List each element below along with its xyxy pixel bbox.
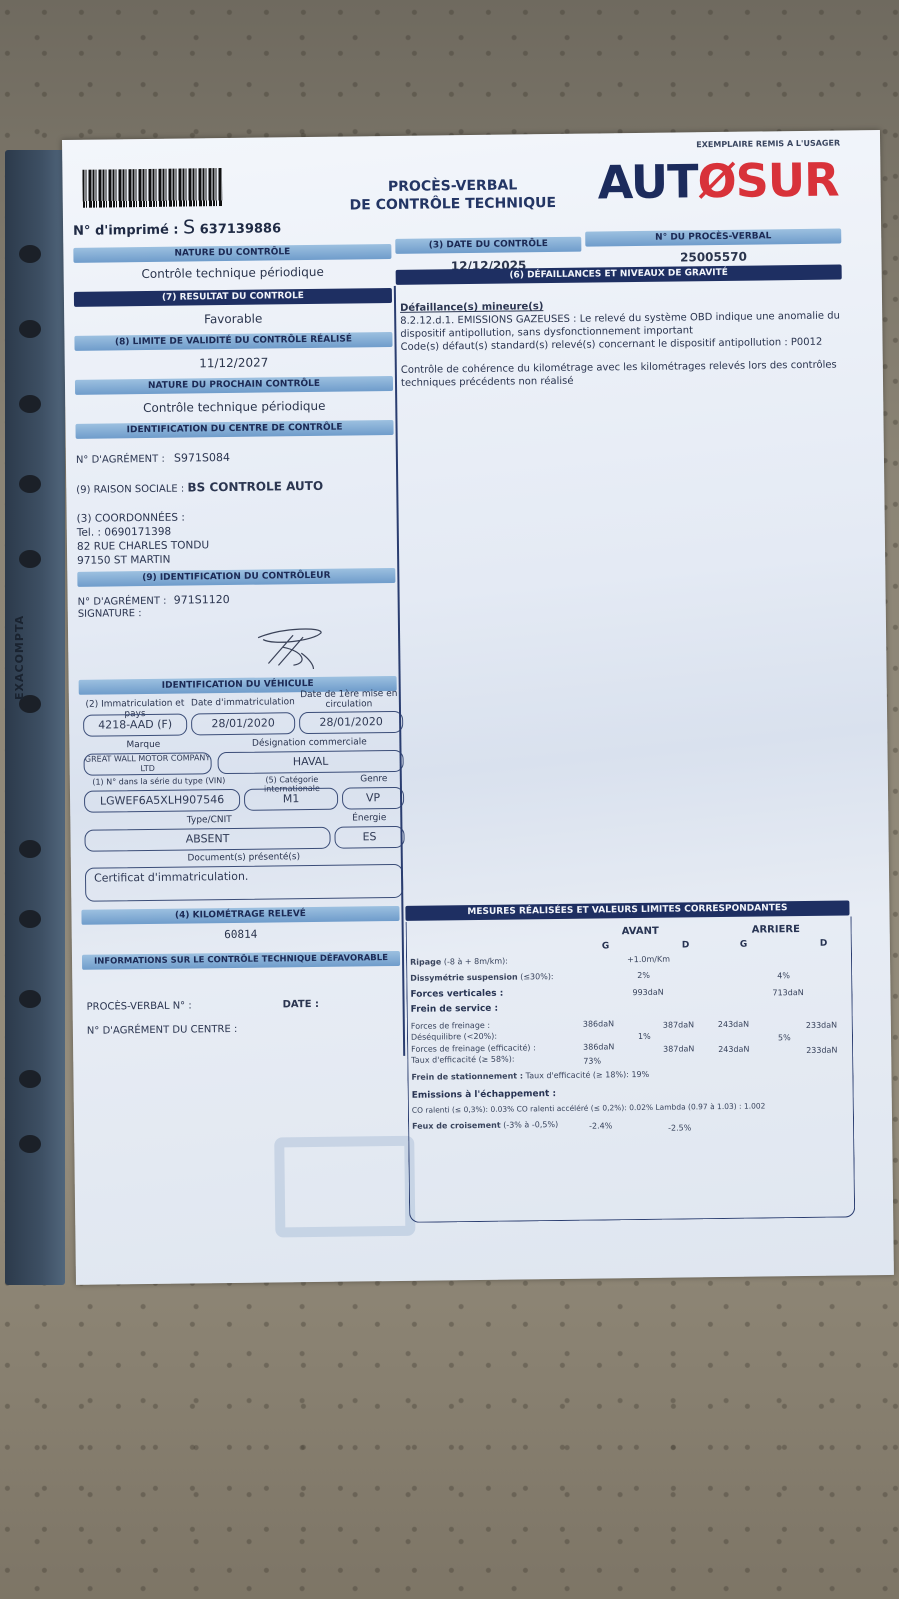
barcode [82, 168, 222, 208]
validity-header: (8) LIMITE DE VALIDITÉ DU CONTRÔLE RÉALI… [74, 332, 392, 351]
punch-hole [19, 475, 41, 493]
forces-verticales-arriere: 713daN [772, 988, 803, 997]
punch-hole [19, 990, 41, 1008]
pv-number-value: 25005570 [585, 248, 841, 265]
ripage-label: Ripage [410, 957, 441, 966]
next-control-header: NATURE DU PROCHAIN CONTRÔLE [75, 376, 393, 395]
genre-value: VP [342, 787, 404, 810]
designation-value: HAVAL [217, 750, 403, 774]
autosur-logo: AUTØSUR [597, 153, 839, 210]
inspection-report: N° d'imprimé : S 637139886 PROCÈS-VERBAL… [62, 130, 894, 1285]
defavorable-date-label: DATE : [283, 999, 320, 1010]
kilometrage-value: 60814 [82, 926, 400, 943]
controleur-agrement-label: N° D'AGRÉMENT : [78, 596, 167, 608]
forces-efficacite-ar-g: 243daN [718, 1045, 749, 1054]
centre-raison: (9) RAISON SOCIALE : BS CONTROLE AUTO [76, 479, 323, 496]
forces-verticales-avant: 993daN [632, 988, 663, 997]
next-control-value: Contrôle technique périodique [75, 398, 393, 416]
controleur-header: (9) IDENTIFICATION DU CONTRÔLEUR [77, 568, 395, 587]
dissymetrie-limit: (≤30%): [520, 972, 554, 981]
defavorable-agrement-label: N° D'AGRÉMENT DU CENTRE : [87, 1024, 238, 1037]
centre-address-line2: 97150 ST MARTIN [77, 552, 209, 568]
nature-header: NATURE DU CONTRÔLE [73, 244, 391, 263]
vin-label: (1) N° dans la série du type (VIN) [84, 776, 234, 787]
logo-text-blue: AUT [597, 154, 698, 209]
avant-d-label: D [682, 940, 690, 950]
kilometrage-header: (4) KILOMÉTRAGE RELEVÉ [81, 906, 399, 925]
controleur-agrement-value: 971S1120 [174, 593, 230, 607]
print-number-prefix: S [183, 216, 195, 238]
documents-value: Certificat d'immatriculation. [85, 864, 403, 902]
type-value: ABSENT [84, 827, 330, 852]
feux-gauche: -2.4% [589, 1121, 612, 1130]
forces-efficacite-av-g: 386daN [583, 1042, 614, 1051]
immat-value: 4218-AAD (F) [83, 714, 187, 737]
forces-freinage-label: Forces de freinage : [411, 1021, 490, 1031]
taux-efficacite-value: 73% [583, 1056, 601, 1065]
energie-label: Énergie [336, 813, 402, 824]
dissymetrie-label: Dissymétrie suspension [410, 972, 517, 982]
type-label: Type/CNIT [84, 814, 334, 827]
punch-hole [19, 1135, 41, 1153]
controleur-info: N° D'AGRÉMENT : 971S1120 SIGNATURE : [78, 594, 230, 621]
ripage-limit: (-8 à + 8m/km): [444, 957, 508, 967]
arriere-label: ARRIERE [752, 924, 800, 936]
centre-agrement-label: N° D'AGRÉMENT : [76, 454, 165, 466]
logo-text-red: ØSUR [697, 153, 839, 209]
desequilibre-avant: 1% [638, 1032, 651, 1041]
arriere-d-label: D [820, 939, 828, 949]
signature-label: SIGNATURE : [78, 607, 230, 621]
print-number: N° d'imprimé : S 637139886 [73, 215, 281, 240]
punch-hole [19, 395, 41, 413]
taux-efficacite-label: Taux d'efficacité (≥ 58%): [411, 1055, 514, 1065]
dissymetrie-arriere: 4% [777, 971, 790, 980]
centre-agrement-value: S971S084 [174, 451, 230, 465]
arriere-g-label: G [740, 940, 748, 950]
stamp-area [274, 1136, 415, 1238]
feux-droit: -2.5% [668, 1123, 691, 1132]
punch-hole [19, 1070, 41, 1088]
date-immat-label: Date d'immatriculation [191, 697, 295, 708]
dissymetrie-avant: 2% [637, 971, 650, 980]
centre-address-line1: 82 RUE CHARLES TONDU [77, 538, 209, 554]
copy-notice: EXEMPLAIRE REMIS A L'USAGER [696, 138, 840, 149]
forces-efficacite-ar-d: 233daN [806, 1046, 837, 1055]
centre-coordinates: (3) COORDONNÉES : Tel. : 0690171398 82 R… [77, 510, 210, 568]
centre-raison-label: (9) RAISON SOCIALE : [76, 484, 184, 496]
marque-value: GREAT WALL MOTOR COMPANY LTD [84, 752, 212, 776]
feux-label: Feux de croisement [412, 1121, 501, 1131]
pv-number-header: N° DU PROCÈS-VERBAL [585, 228, 841, 246]
centre-header: IDENTIFICATION DU CENTRE DE CONTRÔLE [75, 420, 393, 439]
centre-agrement: N° D'AGRÉMENT : S971S084 [76, 451, 230, 466]
genre-label: Genre [346, 774, 402, 785]
forces-freinage-ar-g: 243daN [718, 1020, 749, 1029]
energie-value: ES [334, 826, 404, 849]
emissions-label: Emissions à l'échappement : [412, 1089, 556, 1101]
ripage-value: +1.0m/Km [627, 955, 670, 965]
frein-stationnement-value: Taux d'efficacité (≥ 18%): 19% [526, 1070, 650, 1081]
punch-hole [19, 320, 41, 338]
forces-freinage-av-g: 386daN [583, 1019, 614, 1028]
defavorable-header: INFORMATIONS SUR LE CONTRÔLE TECHNIQUE D… [82, 951, 400, 970]
vin-value: LGWEF6A5XLH907546 [84, 789, 240, 813]
punch-hole [19, 245, 41, 263]
binder-sleeve: EXACOMPTA [5, 150, 65, 1285]
punch-hole [19, 840, 41, 858]
result-value: Favorable [74, 310, 392, 328]
validity-value: 11/12/2027 [75, 354, 393, 372]
punch-hole [19, 910, 41, 928]
designation-label: Désignation commerciale [219, 737, 399, 749]
print-number-label: N° d'imprimé : [73, 223, 179, 239]
forces-freinage-ar-d: 233daN [806, 1021, 837, 1030]
defavorable-pv-label: PROCÈS-VERBAL N° : [87, 1000, 192, 1012]
desequilibre-label: Déséquilibre (<20%): [411, 1032, 497, 1042]
forces-verticales-label: Forces verticales : [410, 989, 503, 1000]
centre-raison-value: BS CONTROLE AUTO [187, 479, 323, 495]
nature-value: Contrôle technique périodique [74, 264, 392, 282]
dissymetrie-row: Dissymétrie suspension (≤30%): [410, 972, 553, 983]
mise-circulation-label: Date de 1ère mise en circulation [299, 689, 399, 710]
documents-label: Document(s) présenté(s) [85, 851, 403, 865]
frein-service-label: Frein de service : [411, 1004, 499, 1015]
forces-freinage-av-d: 387daN [663, 1020, 694, 1029]
title-line-2: DE CONTRÔLE TECHNIQUE [333, 194, 573, 215]
punch-hole [19, 550, 41, 568]
signature-icon [253, 625, 334, 670]
avant-label: AVANT [622, 926, 659, 937]
date-header: (3) DATE DU CONTRÔLE [395, 237, 581, 254]
defaillances-content: Défaillance(s) mineure(s) 8.2.12.d.1. EM… [400, 297, 841, 390]
binder-brand: EXACOMPTA [13, 590, 43, 700]
ripage-row: Ripage (-8 à + 8m/km): [410, 957, 508, 967]
categorie-value: M1 [244, 788, 338, 811]
document-title: PROCÈS-VERBAL DE CONTRÔLE TECHNIQUE [332, 176, 572, 215]
print-number-value: 637139886 [200, 221, 282, 237]
marque-label: Marque [83, 739, 203, 750]
forces-efficacite-av-d: 387daN [663, 1044, 694, 1053]
frein-stationnement-label: Frein de stationnement : [411, 1071, 523, 1081]
avant-g-label: G [602, 941, 610, 951]
forces-efficacite-label: Forces de freinage (efficacité) : [411, 1043, 536, 1054]
desequilibre-arriere: 5% [778, 1033, 791, 1042]
date-immat-value: 28/01/2020 [191, 712, 295, 735]
result-header: (7) RESULTAT DU CONTROLE [74, 288, 392, 307]
column-divider [394, 286, 405, 1056]
feux-limit: (-3% à -0,5%) [503, 1120, 558, 1130]
mise-circulation-value: 28/01/2020 [299, 711, 403, 734]
feux-row: Feux de croisement (-3% à -0,5%) [412, 1120, 558, 1131]
